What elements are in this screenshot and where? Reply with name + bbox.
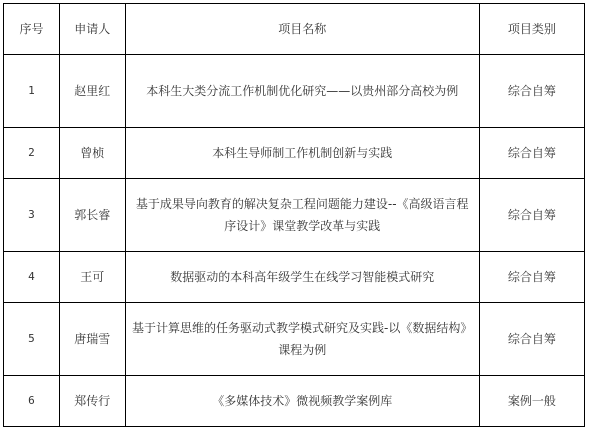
- row-project: 基于成果导向教育的解决复杂工程问题能力建设--《高级语言程序设计》课堂教学改革与…: [125, 179, 479, 252]
- table-header-row: 序号 申请人 项目名称 项目类别: [4, 4, 585, 55]
- row-category: 综合自筹: [479, 252, 584, 303]
- table-row: 4 王可 数据驱动的本科高年级学生在线学习智能模式研究 综合自筹: [4, 252, 585, 303]
- header-project-category: 项目类别: [479, 4, 584, 55]
- row-category: 综合自筹: [479, 303, 584, 376]
- row-category: 案例一般: [479, 376, 584, 427]
- row-applicant: 曾桢: [59, 128, 125, 179]
- row-project: 本科生导师制工作机制创新与实践: [125, 128, 479, 179]
- row-index: 5: [4, 303, 60, 376]
- header-project-name: 项目名称: [125, 4, 479, 55]
- row-applicant: 郑传行: [59, 376, 125, 427]
- row-index: 6: [4, 376, 60, 427]
- row-index: 4: [4, 252, 60, 303]
- row-category: 综合自筹: [479, 179, 584, 252]
- table-row: 6 郑传行 《多媒体技术》微视频教学案例库 案例一般: [4, 376, 585, 427]
- row-applicant: 唐瑞雪: [59, 303, 125, 376]
- row-category: 综合自筹: [479, 55, 584, 128]
- row-applicant: 郭长睿: [59, 179, 125, 252]
- row-project: 数据驱动的本科高年级学生在线学习智能模式研究: [125, 252, 479, 303]
- row-project: 本科生大类分流工作机制优化研究——以贵州部分高校为例: [125, 55, 479, 128]
- row-project: 《多媒体技术》微视频教学案例库: [125, 376, 479, 427]
- row-index: 1: [4, 55, 60, 128]
- row-applicant: 王可: [59, 252, 125, 303]
- row-category: 综合自筹: [479, 128, 584, 179]
- row-project: 基于计算思维的任务驱动式教学模式研究及实践-以《数据结构》课程为例: [125, 303, 479, 376]
- header-applicant: 申请人: [59, 4, 125, 55]
- row-index: 3: [4, 179, 60, 252]
- table-row: 1 赵里红 本科生大类分流工作机制优化研究——以贵州部分高校为例 综合自筹: [4, 55, 585, 128]
- table-row: 2 曾桢 本科生导师制工作机制创新与实践 综合自筹: [4, 128, 585, 179]
- row-index: 2: [4, 128, 60, 179]
- table-row: 3 郭长睿 基于成果导向教育的解决复杂工程问题能力建设--《高级语言程序设计》课…: [4, 179, 585, 252]
- header-index: 序号: [4, 4, 60, 55]
- row-applicant: 赵里红: [59, 55, 125, 128]
- project-table: 序号 申请人 项目名称 项目类别 1 赵里红 本科生大类分流工作机制优化研究——…: [3, 3, 585, 427]
- table-row: 5 唐瑞雪 基于计算思维的任务驱动式教学模式研究及实践-以《数据结构》课程为例 …: [4, 303, 585, 376]
